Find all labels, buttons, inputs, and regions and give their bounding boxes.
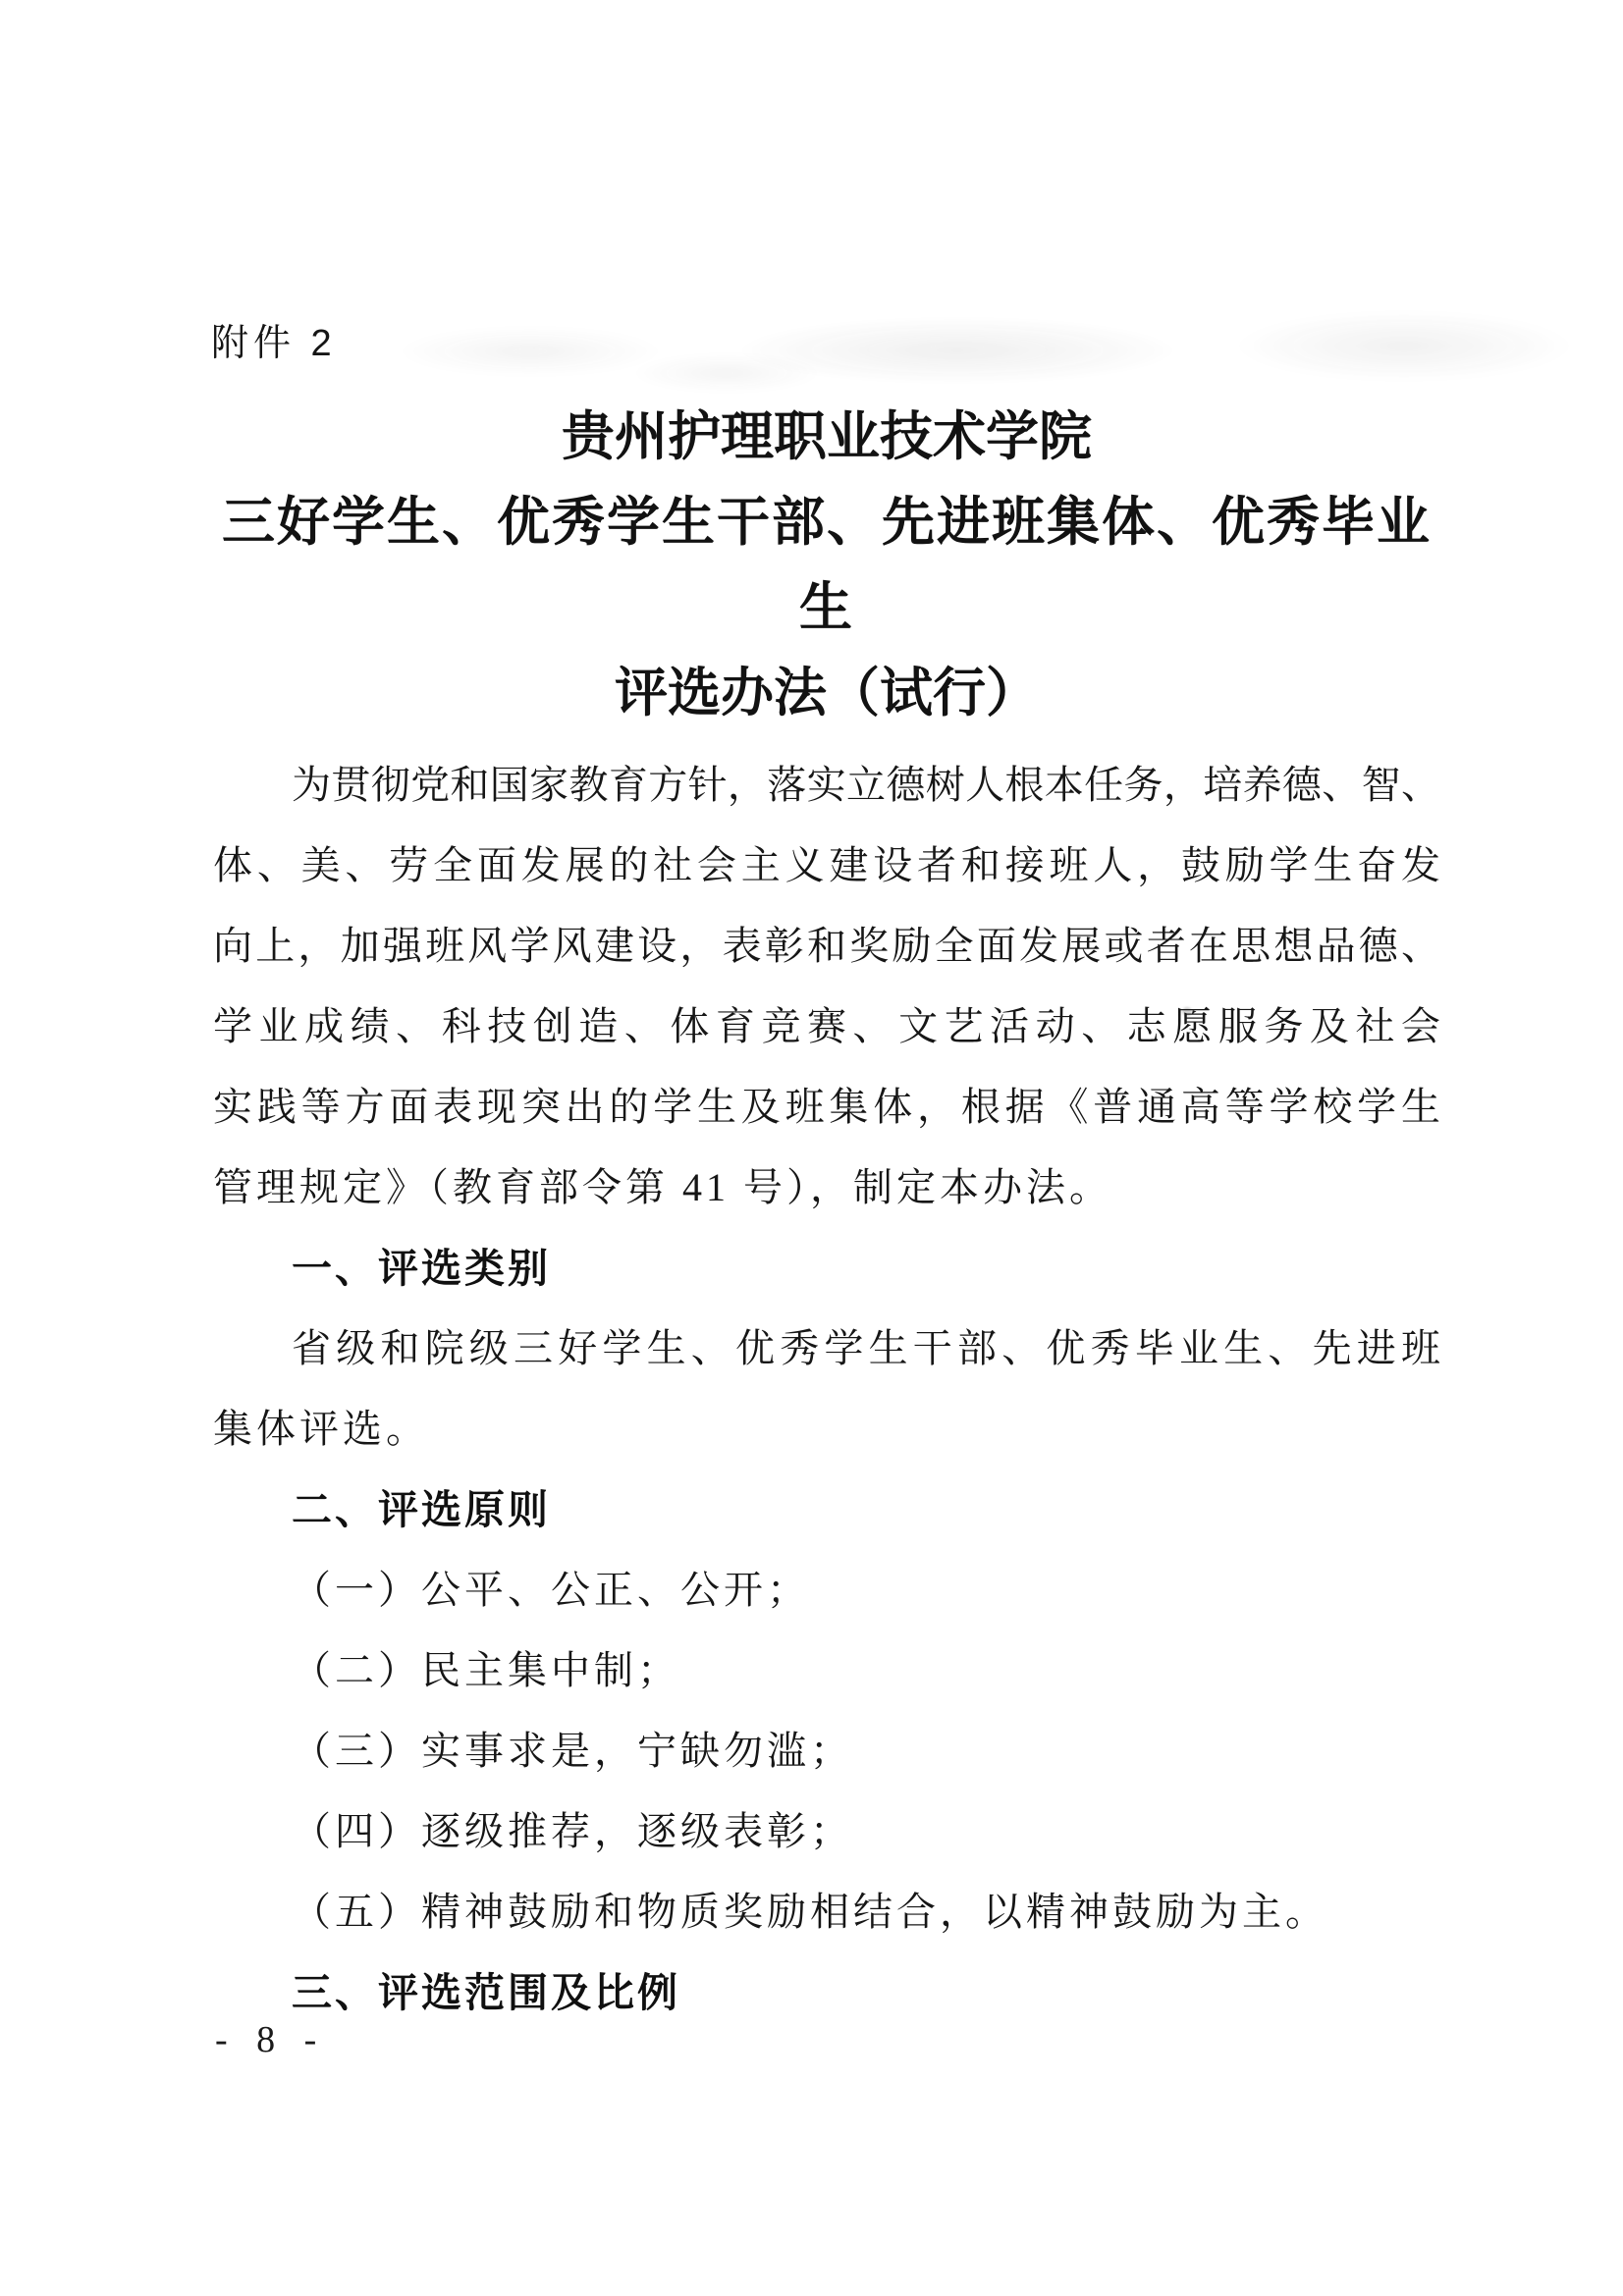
principle-item-3: （三）实事求是，宁缺勿滥；: [213, 1711, 1440, 1791]
para1-line-3: 向上，加强班风学风建设，表彰和奖励全面发展或者在思想品德、: [213, 906, 1440, 987]
para1-line-4: 学业成绩、科技创造、体育竞赛、文艺活动、志愿服务及社会: [213, 987, 1440, 1067]
para2-line-2: 集体评选。: [213, 1389, 1440, 1469]
heading-selection-principles: 二、评选原则: [213, 1469, 1440, 1550]
document-body: 为贯彻党和国家教育方针，落实立德树人根本任务，培养德、智、 体、美、劳全面发展的…: [213, 745, 1440, 2033]
attachment-label: 附件 2: [211, 322, 337, 365]
title-line-3: 评选办法（试行）: [213, 651, 1440, 736]
scan-artifact: [727, 316, 1188, 385]
para1-line-1: 为贯彻党和国家教育方针，落实立德树人根本任务，培养德、智、: [213, 745, 1440, 826]
heading-selection-categories: 一、评选类别: [213, 1228, 1440, 1308]
scan-artifact: [628, 353, 825, 393]
principle-item-5: （五）精神鼓励和物质奖励相结合，以精神鼓励为主。: [213, 1872, 1440, 1952]
title-line-2: 三好学生、优秀学生干部、先进班集体、优秀毕业生: [213, 480, 1440, 651]
para2-line-1: 省级和院级三好学生、优秀学生干部、优秀毕业生、先进班: [213, 1308, 1440, 1389]
page-number: - 8 -: [215, 2018, 326, 2061]
principle-item-4: （四）逐级推荐，逐级表彰；: [213, 1791, 1440, 1872]
scan-artifact: [1227, 309, 1581, 383]
heading-selection-scope-ratio: 三、评选范围及比例: [213, 1952, 1440, 2033]
principle-item-1: （一）公平、公正、公开；: [213, 1550, 1440, 1630]
scan-artifact: [393, 326, 668, 377]
para1-line-5: 实践等方面表现突出的学生及班集体，根据《普通高等学校学生: [213, 1067, 1440, 1148]
principle-item-2: （二）民主集中制；: [213, 1630, 1440, 1711]
title-line-1: 贵州护理职业技术学院: [213, 395, 1440, 480]
document-title: 贵州护理职业技术学院 三好学生、优秀学生干部、先进班集体、优秀毕业生 评选办法（…: [213, 395, 1440, 736]
para1-line-2: 体、美、劳全面发展的社会主义建设者和接班人，鼓励学生奋发: [213, 826, 1440, 906]
para1-line-6: 管理规定》（教育部令第 41 号），制定本办法。: [213, 1148, 1440, 1228]
document-page: 附件 2 贵州护理职业技术学院 三好学生、优秀学生干部、先进班集体、优秀毕业生 …: [0, 0, 1623, 2296]
